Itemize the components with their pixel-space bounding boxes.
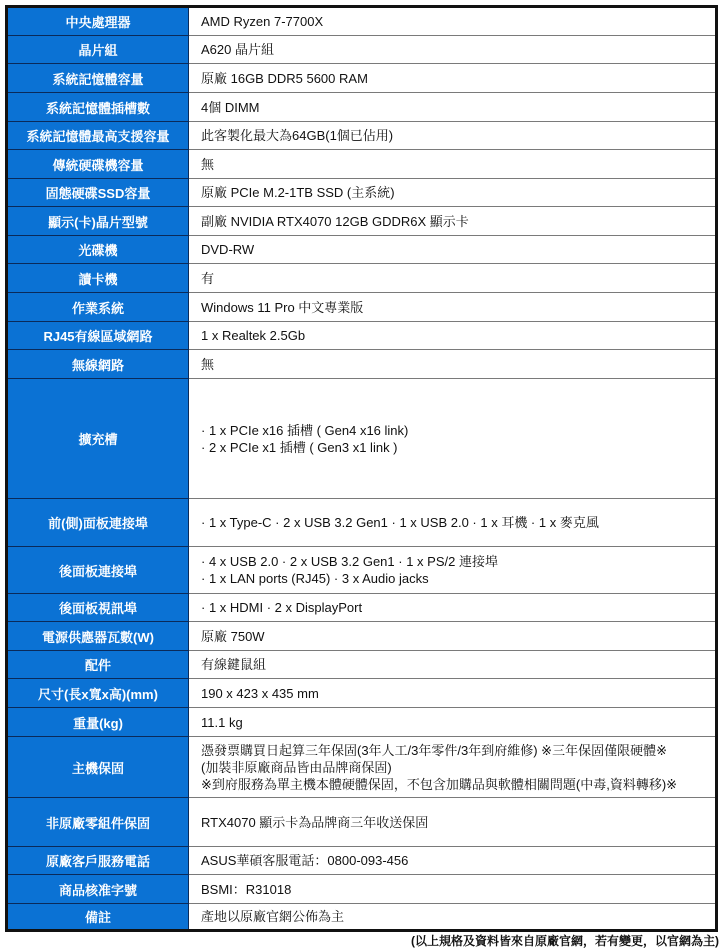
- spec-value-line: BSMI：R31018: [201, 881, 715, 898]
- spec-label: 系統記憶體最高支援容量: [7, 122, 189, 150]
- spec-row: 作業系統Windows 11 Pro 中文專業版: [7, 293, 717, 322]
- spec-value: · 1 x HDMI · 2 x DisplayPort: [189, 594, 717, 622]
- spec-label: 系統記憶體容量: [7, 64, 189, 93]
- spec-label: 主機保固: [7, 737, 189, 798]
- spec-label: 系統記憶體插槽數: [7, 93, 189, 122]
- spec-row: 配件有線鍵鼠組: [7, 651, 717, 679]
- spec-label: 配件: [7, 651, 189, 679]
- spec-value: AMD Ryzen 7-7700X: [189, 7, 717, 36]
- spec-value-line: 4個 DIMM: [201, 99, 715, 116]
- spec-value-line: ASUS華碩客服電話：0800-093-456: [201, 852, 715, 869]
- spec-value: BSMI：R31018: [189, 875, 717, 904]
- spec-row: 讀卡機有: [7, 264, 717, 293]
- spec-label: RJ45有線區域網路: [7, 322, 189, 350]
- spec-value: 有: [189, 264, 717, 293]
- spec-table: 中央處理器AMD Ryzen 7-7700X晶片組A620 晶片組系統記憶體容量…: [5, 5, 718, 932]
- spec-value-line: (加裝非原廠商品皆由品牌商保固): [201, 759, 715, 776]
- footnote: (以上規格及資料皆來自原廠官網，若有變更，以官網為主): [411, 932, 719, 949]
- spec-value-line: 無: [201, 356, 715, 373]
- spec-value-line: · 2 x PCIe x1 插槽 ( Gen3 x1 link ): [201, 439, 715, 456]
- spec-value-line: · 4 x USB 2.0 · 2 x USB 3.2 Gen1 · 1 x P…: [201, 553, 715, 570]
- spec-value-line: 有線鍵鼠組: [201, 656, 715, 673]
- spec-row: 固態硬碟SSD容量原廠 PCIe M.2-1TB SSD (主系統): [7, 179, 717, 207]
- spec-value-line: · 1 x Type-C · 2 x USB 3.2 Gen1 · 1 x US…: [201, 514, 715, 531]
- spec-label: 無線網路: [7, 350, 189, 379]
- spec-value: · 1 x PCIe x16 插槽 ( Gen4 x16 link)· 2 x …: [189, 379, 717, 499]
- spec-value-line: RTX4070 顯示卡為品牌商三年收送保固: [201, 814, 715, 831]
- spec-value: A620 晶片組: [189, 36, 717, 64]
- spec-value: 產地以原廠官網公佈為主: [189, 904, 717, 931]
- spec-label: 商品核准字號: [7, 875, 189, 904]
- spec-value-line: 憑發票購買日起算三年保固(3年人工/3年零件/3年到府維修) ※三年保固僅限硬體…: [201, 742, 715, 759]
- spec-value-line: 無: [201, 156, 715, 173]
- spec-value-line: 1 x Realtek 2.5Gb: [201, 327, 715, 344]
- spec-label: 傳統硬碟機容量: [7, 150, 189, 179]
- spec-value-line: 產地以原廠官網公佈為主: [201, 908, 715, 925]
- spec-row: 顯示(卡)晶片型號副廠 NVIDIA RTX4070 12GB GDDR6X 顯…: [7, 207, 717, 236]
- spec-value: ASUS華碩客服電話：0800-093-456: [189, 847, 717, 875]
- spec-value: 憑發票購買日起算三年保固(3年人工/3年零件/3年到府維修) ※三年保固僅限硬體…: [189, 737, 717, 798]
- spec-value-line: A620 晶片組: [201, 41, 715, 58]
- spec-row: 晶片組A620 晶片組: [7, 36, 717, 64]
- spec-row: RJ45有線區域網路1 x Realtek 2.5Gb: [7, 322, 717, 350]
- spec-row: 前(側)面板連接埠· 1 x Type-C · 2 x USB 3.2 Gen1…: [7, 499, 717, 547]
- spec-value: 11.1 kg: [189, 708, 717, 737]
- spec-value: 副廠 NVIDIA RTX4070 12GB GDDR6X 顯示卡: [189, 207, 717, 236]
- spec-row: 中央處理器AMD Ryzen 7-7700X: [7, 7, 717, 36]
- spec-row: 無線網路無: [7, 350, 717, 379]
- spec-row: 後面板連接埠· 4 x USB 2.0 · 2 x USB 3.2 Gen1 ·…: [7, 547, 717, 594]
- spec-value: 此客製化最大為64GB(1個已佔用): [189, 122, 717, 150]
- spec-table-body: 中央處理器AMD Ryzen 7-7700X晶片組A620 晶片組系統記憶體容量…: [7, 7, 717, 931]
- spec-label: 重量(kg): [7, 708, 189, 737]
- spec-label: 電源供應器瓦數(W): [7, 622, 189, 651]
- spec-value-line: Windows 11 Pro 中文專業版: [201, 299, 715, 316]
- spec-value: 190 x 423 x 435 mm: [189, 679, 717, 708]
- spec-value-line: · 1 x LAN ports (RJ45) · 3 x Audio jacks: [201, 570, 715, 587]
- spec-value: 1 x Realtek 2.5Gb: [189, 322, 717, 350]
- spec-row: 重量(kg)11.1 kg: [7, 708, 717, 737]
- spec-value: 無: [189, 350, 717, 379]
- spec-value-line: · 1 x HDMI · 2 x DisplayPort: [201, 599, 715, 616]
- spec-label: 光碟機: [7, 236, 189, 264]
- spec-value-line: 11.1 kg: [201, 714, 715, 731]
- spec-value-line: 190 x 423 x 435 mm: [201, 685, 715, 702]
- spec-label: 尺寸(長x寬x高)(mm): [7, 679, 189, 708]
- spec-label: 後面板連接埠: [7, 547, 189, 594]
- spec-label: 擴充槽: [7, 379, 189, 499]
- spec-value-line: 原廠 16GB DDR5 5600 RAM: [201, 70, 715, 87]
- spec-value: 原廠 750W: [189, 622, 717, 651]
- spec-value: 4個 DIMM: [189, 93, 717, 122]
- spec-value: RTX4070 顯示卡為品牌商三年收送保固: [189, 798, 717, 847]
- spec-value: Windows 11 Pro 中文專業版: [189, 293, 717, 322]
- spec-row: 後面板視訊埠· 1 x HDMI · 2 x DisplayPort: [7, 594, 717, 622]
- spec-row: 電源供應器瓦數(W)原廠 750W: [7, 622, 717, 651]
- spec-row: 系統記憶體容量原廠 16GB DDR5 5600 RAM: [7, 64, 717, 93]
- spec-value-line: AMD Ryzen 7-7700X: [201, 13, 715, 30]
- spec-value-line: 原廠 PCIe M.2-1TB SSD (主系統): [201, 184, 715, 201]
- spec-label: 作業系統: [7, 293, 189, 322]
- spec-value-line: 副廠 NVIDIA RTX4070 12GB GDDR6X 顯示卡: [201, 213, 715, 230]
- spec-row: 系統記憶體插槽數4個 DIMM: [7, 93, 717, 122]
- spec-row: 主機保固憑發票購買日起算三年保固(3年人工/3年零件/3年到府維修) ※三年保固…: [7, 737, 717, 798]
- spec-row: 光碟機DVD-RW: [7, 236, 717, 264]
- spec-row: 非原廠零組件保固RTX4070 顯示卡為品牌商三年收送保固: [7, 798, 717, 847]
- spec-value-line: 有: [201, 270, 715, 287]
- spec-label: 固態硬碟SSD容量: [7, 179, 189, 207]
- spec-row: 備註產地以原廠官網公佈為主: [7, 904, 717, 931]
- spec-value: · 4 x USB 2.0 · 2 x USB 3.2 Gen1 · 1 x P…: [189, 547, 717, 594]
- spec-label: 備註: [7, 904, 189, 931]
- spec-value-line: 此客製化最大為64GB(1個已佔用): [201, 127, 715, 144]
- spec-label: 後面板視訊埠: [7, 594, 189, 622]
- spec-row: 傳統硬碟機容量無: [7, 150, 717, 179]
- spec-label: 中央處理器: [7, 7, 189, 36]
- spec-label: 非原廠零組件保固: [7, 798, 189, 847]
- spec-value: 原廠 PCIe M.2-1TB SSD (主系統): [189, 179, 717, 207]
- spec-value: 原廠 16GB DDR5 5600 RAM: [189, 64, 717, 93]
- spec-value-line: 原廠 750W: [201, 628, 715, 645]
- spec-row: 原廠客戶服務電話ASUS華碩客服電話：0800-093-456: [7, 847, 717, 875]
- spec-label: 顯示(卡)晶片型號: [7, 207, 189, 236]
- spec-label: 晶片組: [7, 36, 189, 64]
- spec-row: 擴充槽· 1 x PCIe x16 插槽 ( Gen4 x16 link)· 2…: [7, 379, 717, 499]
- spec-value: DVD-RW: [189, 236, 717, 264]
- spec-value-line: DVD-RW: [201, 241, 715, 258]
- spec-row: 商品核准字號BSMI：R31018: [7, 875, 717, 904]
- spec-label: 讀卡機: [7, 264, 189, 293]
- spec-value-line: ※到府服務為單主機本體硬體保固，不包含加購品與軟體相關問題(中毒,資料轉移)※: [201, 776, 715, 793]
- spec-value: 無: [189, 150, 717, 179]
- spec-label: 原廠客戶服務電話: [7, 847, 189, 875]
- spec-label: 前(側)面板連接埠: [7, 499, 189, 547]
- spec-row: 系統記憶體最高支援容量此客製化最大為64GB(1個已佔用): [7, 122, 717, 150]
- spec-value: · 1 x Type-C · 2 x USB 3.2 Gen1 · 1 x US…: [189, 499, 717, 547]
- spec-value: 有線鍵鼠組: [189, 651, 717, 679]
- spec-value-line: · 1 x PCIe x16 插槽 ( Gen4 x16 link): [201, 422, 715, 439]
- spec-row: 尺寸(長x寬x高)(mm)190 x 423 x 435 mm: [7, 679, 717, 708]
